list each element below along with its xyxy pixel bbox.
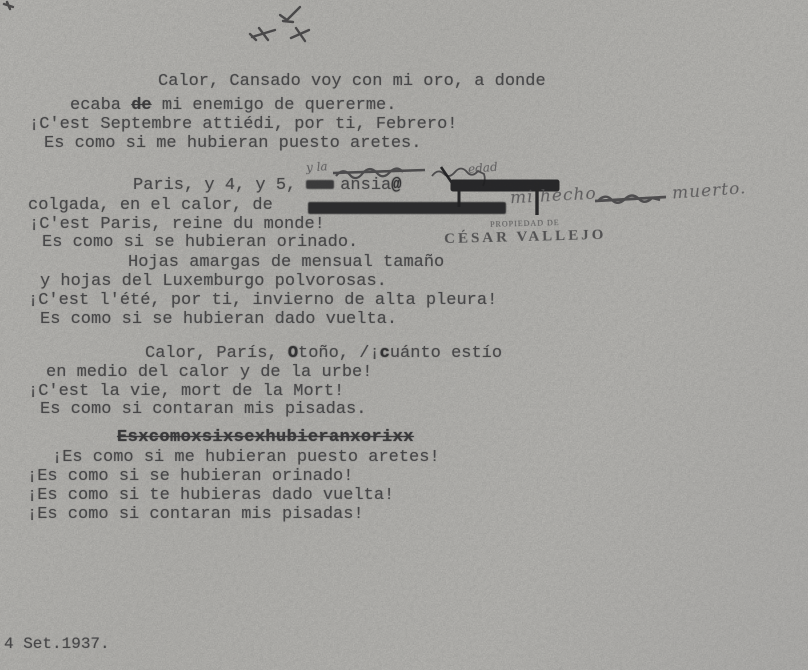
- scanned-typescript-page: Calor, Cansado voy con mi oro, a donde e…: [0, 0, 808, 670]
- poem-line: ¡Es como si se hubieran orinado!: [27, 467, 353, 487]
- poem-text: Es como si contaran mis pisadas.: [40, 400, 366, 419]
- poem-line: ¡Es como si contaran mis pisadas!: [27, 505, 364, 525]
- handwritten-insert: edad: [467, 160, 498, 177]
- handwritten-margin-note: muerto.: [671, 178, 747, 203]
- poem-line: ¡Es como si me hubieran puesto aretes!: [52, 448, 440, 468]
- poem-text: Calor, París,: [145, 344, 288, 363]
- poem-text: mi enemigo de quererme.: [152, 96, 397, 115]
- poem-line: ¡C'est Paris, reine du monde!: [29, 215, 325, 235]
- poem-line: Es como si se hubieran orinado.: [42, 233, 358, 253]
- poem-text: Es como si me hubieran puesto aretes.: [44, 134, 421, 153]
- overtyped-character: O: [288, 344, 298, 363]
- pen-x-mark-left: [250, 28, 275, 40]
- poem-line: Hojas amargas de mensual tamaño: [128, 253, 444, 273]
- ink-blackout-small: [306, 180, 334, 189]
- poem-text: ¡Es como si se hubieran orinado!: [27, 467, 353, 486]
- poem-line: en medio del calor y de la urbe!: [46, 363, 372, 383]
- poem-line: ¡C'est Septembre attiédi, por ti, Febrer…: [29, 115, 457, 135]
- handwriting-text: muerto.: [671, 178, 747, 203]
- poem-line: ecaba de mi enemigo de quererme.: [70, 96, 396, 116]
- poem-text: y hojas del Luxemburgo polvorosas.: [40, 272, 387, 291]
- poem-text: toño, /¡: [298, 344, 380, 363]
- poem-text: ¡Es como si te hubieras dado vuelta!: [27, 486, 394, 505]
- poem-text: Es como si se hubieran dado vuelta.: [40, 310, 397, 329]
- date-line: 4 Set.1937.: [4, 634, 110, 654]
- poem-line: colgada, en el calor, de: [28, 196, 283, 216]
- margin-strike-line: [595, 197, 666, 201]
- poem-text: ¡Es como si me hubieran puesto aretes!: [52, 448, 440, 467]
- poem-text: ¡C'est l'été, por ti, invierno de alta p…: [28, 291, 497, 310]
- poem-text: en medio del calor y de la urbe!: [46, 363, 372, 382]
- overtyped-character: @: [391, 176, 401, 195]
- handwritten-margin-note: mi hecho: [510, 184, 598, 209]
- ink-blackout-slash: [441, 167, 452, 183]
- poem-text: ¡C'est Paris, reine du monde!: [29, 215, 325, 234]
- overtyped-character: c: [380, 344, 390, 363]
- poem-text: ansia: [340, 176, 391, 195]
- poem-line: Es como si contaran mis pisadas.: [40, 400, 366, 420]
- struck-out-line: Esxcomoxsixsexhubieranxorixx: [117, 428, 414, 448]
- poem-text: Calor, Cansado voy con mi oro, a donde: [158, 72, 546, 91]
- poem-line: Es como si se hubieran dado vuelta.: [40, 310, 397, 330]
- ink-blackout-bar: [308, 202, 506, 214]
- struck-word: de: [131, 96, 151, 115]
- poem-line: y hojas del Luxemburgo polvorosas.: [40, 272, 387, 292]
- poem-line: Paris, y 4, y 5,ansia@: [133, 176, 401, 196]
- poem-text: ¡C'est la vie, mort de la Mort!: [28, 382, 344, 401]
- poem-text: Paris, y 4, y 5,: [133, 176, 296, 195]
- poem-text: colgada, en el calor, de: [28, 196, 283, 215]
- poem-line: Calor, Cansado voy con mi oro, a donde: [158, 72, 546, 92]
- poem-line: ¡C'est la vie, mort de la Mort!: [28, 382, 344, 402]
- struck-text: Esxcomoxsixsexhubieranxorixx: [117, 428, 414, 447]
- poem-text: Hojas amargas de mensual tamaño: [128, 253, 444, 272]
- property-stamp: PROPIEDAD DE CÉSAR VALLEJO: [444, 217, 607, 248]
- handwriting-text: edad: [467, 160, 498, 177]
- poem-text: ecaba: [70, 96, 131, 115]
- pen-mark-corner: [4, 2, 13, 9]
- pen-x-mark-right: [291, 28, 309, 41]
- poem-line: Calor, París, Otoño, /¡cuánto estío: [145, 344, 502, 364]
- poem-line: ¡Es como si te hubieras dado vuelta!: [27, 486, 394, 506]
- poem-text: ¡Es como si contaran mis pisadas!: [27, 505, 364, 524]
- scribble-strike-line: [333, 170, 425, 173]
- poem-text: uánto estío: [390, 344, 502, 363]
- date-text: 4 Set.1937.: [4, 635, 110, 653]
- stamp-text-name: CÉSAR VALLEJO: [444, 227, 607, 248]
- poem-line: ¡C'est l'été, por ti, invierno de alta p…: [28, 291, 497, 311]
- handwriting-text: mi hecho: [510, 184, 598, 209]
- poem-text: ¡C'est Septembre attiédi, por ti, Febrer…: [29, 115, 457, 134]
- handwritten-insert: y la: [306, 159, 329, 174]
- handwriting-text: y la: [306, 159, 329, 174]
- poem-text: Es como si se hubieran orinado.: [42, 233, 358, 252]
- poem-line: Es como si me hubieran puesto aretes.: [44, 134, 421, 154]
- pen-check-mark: [280, 7, 300, 22]
- margin-scribble-struck: [598, 196, 660, 203]
